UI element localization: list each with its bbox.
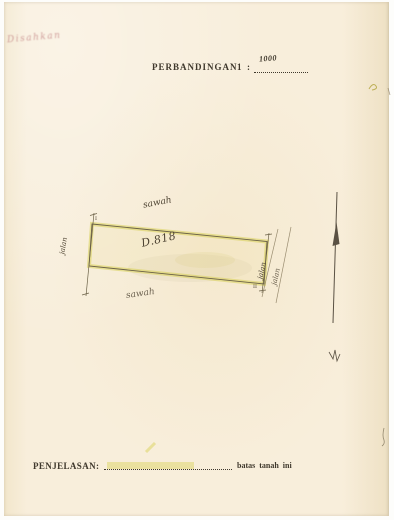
scale-dotted-line <box>254 63 308 73</box>
boundary-tick <box>259 290 266 291</box>
north-arrow-tail-scribble <box>329 350 340 361</box>
boundary-tick <box>265 234 272 235</box>
scanned-document-page: Disahkan PERBANDINGAN 1 : 1000 sawah D.8… <box>0 0 394 520</box>
corner-mark-roman-i: I <box>95 216 97 222</box>
legend-highlight-tick <box>146 443 155 452</box>
road-line-outer <box>276 227 291 303</box>
scale-header-colon: : <box>247 62 250 72</box>
survey-map-drawing <box>0 0 394 520</box>
boundary-tick <box>82 293 89 295</box>
legend-dotted-line <box>104 461 232 470</box>
handwritten-scale-value: 1000 <box>259 53 278 63</box>
north-arrow-head <box>333 222 340 246</box>
scale-header-label: PERBANDINGAN <box>152 62 238 72</box>
edge-mark <box>388 88 390 95</box>
legend-label: PENJELASAN <box>33 461 96 471</box>
edge-mark <box>382 428 384 446</box>
legend-colon: : <box>96 461 99 471</box>
corner-mark-roman-ii: II <box>253 284 257 290</box>
legend-note: batas tanah ini <box>237 461 292 470</box>
north-arrow-shaft <box>333 192 337 323</box>
edge-mark-olive <box>369 85 377 90</box>
scale-header-number: 1 <box>237 62 242 72</box>
